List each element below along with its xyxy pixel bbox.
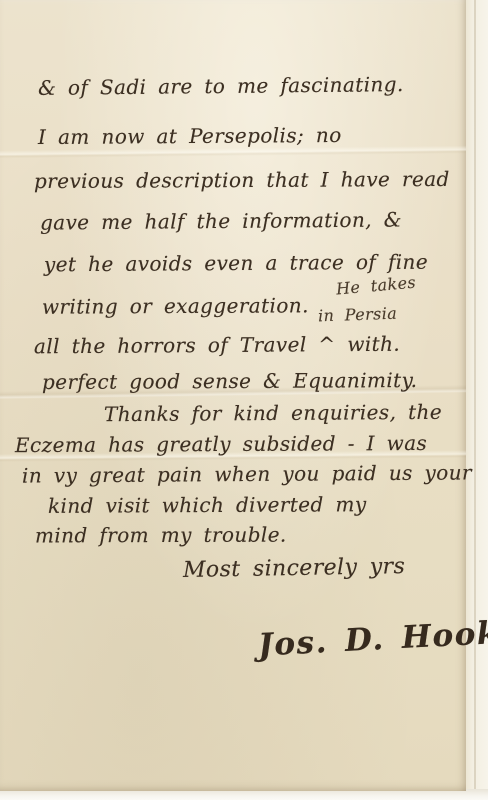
letter-line: mind from my trouble. — [35, 523, 287, 548]
letter-line: yet he avoids even a trace of fine — [44, 250, 428, 277]
letter-scan: & of Sadi are to me fascinating. I am no… — [0, 0, 488, 800]
letter-page: & of Sadi are to me fascinating. I am no… — [0, 0, 466, 791]
insertion-in-persia: in Persia — [318, 304, 398, 326]
signature: Jos. D. Hooker. — [257, 612, 488, 663]
insertion-he-takes: He takes — [335, 273, 416, 299]
letter-line: I am now at Persepolis; no — [38, 123, 342, 149]
letter-line: perfect good sense & Equanimity. — [42, 368, 417, 394]
letter-line: writing or exaggeration. — [42, 293, 309, 318]
backing-sheet-right-edge — [465, 0, 488, 800]
letter-line: kind visit which diverted my — [48, 492, 367, 518]
paper-edge-line — [474, 0, 476, 800]
letter-line: previous description that I have read — [34, 167, 450, 193]
letter-line: Eczema has greatly subsided - I was — [15, 431, 427, 457]
letter-line: Thanks for kind enquiries, the — [104, 400, 442, 426]
letter-line: gave me half the information, & — [40, 207, 402, 234]
letter-line: & of Sadi are to me fascinating. — [38, 72, 404, 100]
letter-line: in vy great pain when you paid us your — [22, 460, 472, 487]
closing-valediction: Most sincerely yrs — [183, 554, 406, 583]
letter-line: all the horrors of Travel ^ with. — [34, 332, 400, 359]
